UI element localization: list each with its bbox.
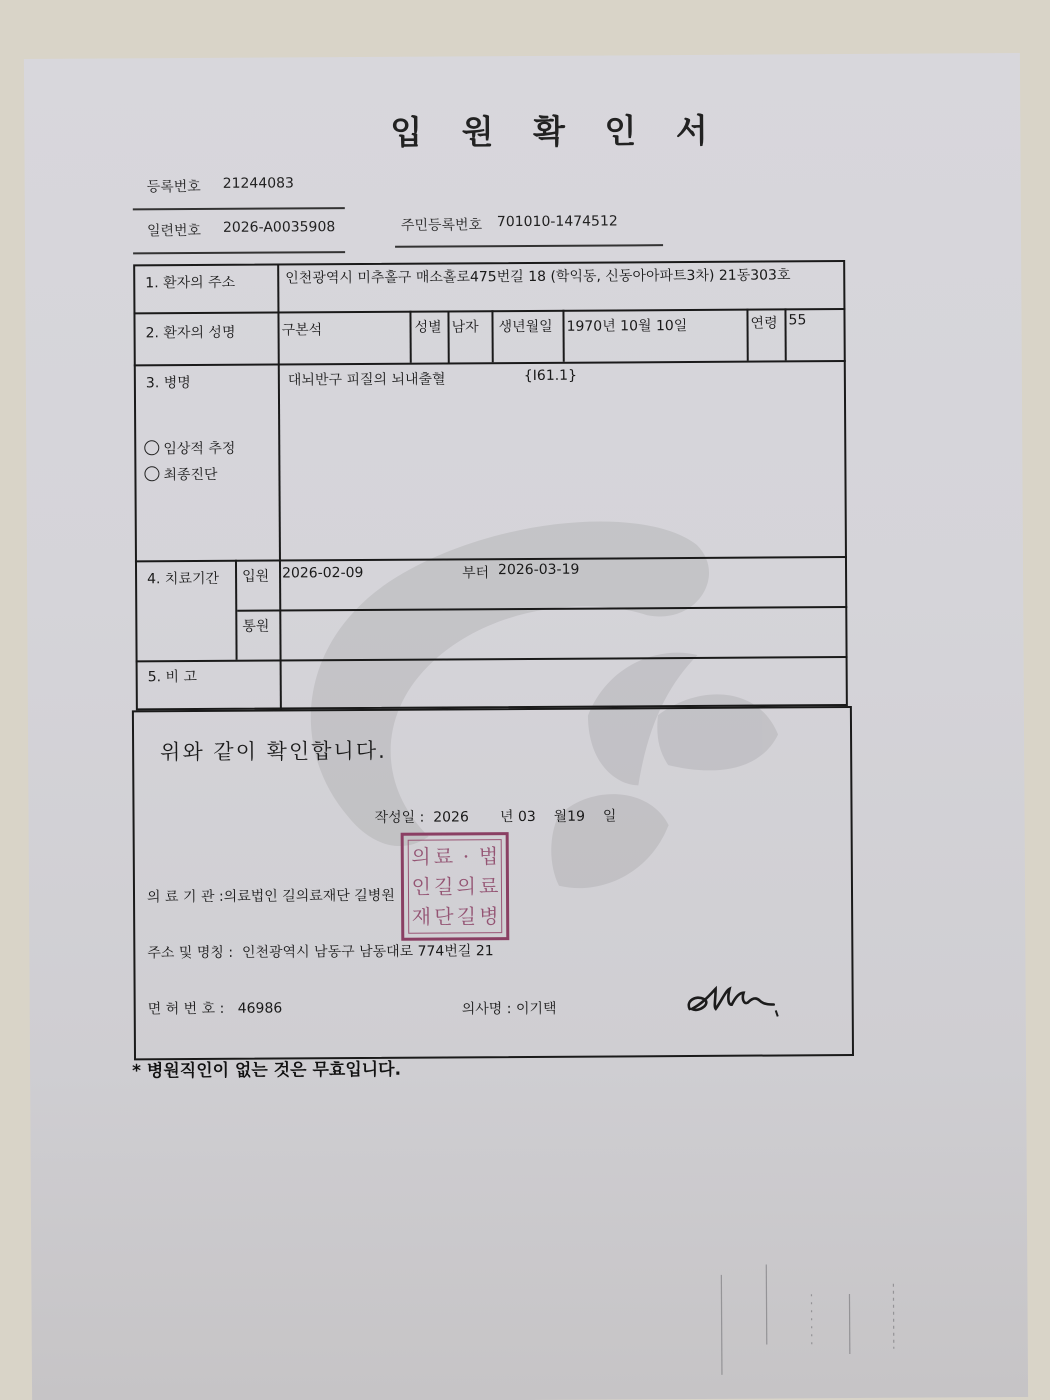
patient-name: 구본석 — [281, 319, 322, 339]
license-row: 면 허 번 호 : 46986 — [148, 997, 283, 1018]
confirmation-statement: 위와 같이 확인합니다. — [160, 735, 387, 766]
info-table — [133, 260, 848, 710]
license-label: 면 허 번 호 : — [148, 1001, 225, 1017]
document-page: 입 원 확 인 서 등록번호 21244083 일련번호 2026-A00359… — [24, 53, 1028, 1400]
stamp-character: 병 — [478, 901, 501, 931]
hospital-seal-stamp: 의료·법인길의료재단길병 — [401, 832, 510, 941]
outpatient-label: 통원 — [242, 616, 269, 636]
issue-date: 작성일 : 2026 년 03 월19 일 — [374, 805, 616, 826]
diagnosis-code: {I61.1} — [524, 368, 577, 384]
doctor-label: 의사명 : — [462, 1001, 512, 1017]
from-label: 부터 — [462, 562, 489, 582]
sex-label: 성별 — [414, 317, 441, 337]
doctor-row: 의사명 : 이기택 — [462, 998, 557, 1019]
validity-footnote: * 병원직인이 없는 것은 무효입니다. — [132, 1055, 401, 1082]
divider — [133, 207, 345, 210]
option-clinical-estimate[interactable]: 임상적 추정 — [144, 438, 235, 459]
document-title: 입 원 확 인 서 — [390, 105, 722, 154]
registration-no-value: 21244083 — [223, 175, 294, 191]
divider — [133, 251, 345, 254]
stamp-character: 길 — [455, 901, 478, 931]
dob-label: 생년월일 — [498, 316, 552, 336]
radio-unchecked-icon[interactable] — [144, 466, 159, 481]
option-label: 임상적 추정 — [163, 441, 235, 457]
stamp-character: 의 — [410, 842, 433, 872]
patient-name-label: 2. 환자의 성명 — [146, 322, 236, 343]
discharge-date: 2026-03-19 — [498, 562, 579, 578]
option-final-diagnosis[interactable]: 최종진단 — [144, 464, 217, 484]
option-label: 최종진단 — [163, 467, 217, 483]
address-row: 주소 및 명칭 : 인천광역시 남동구 남동대로 774번길 21 — [147, 940, 493, 962]
patient-sex: 남자 — [451, 316, 478, 336]
printer-streaks — [671, 1254, 932, 1386]
stamp-character: 재 — [410, 902, 433, 932]
doctor-signature-icon — [682, 974, 792, 1025]
registration-no-label: 등록번호 — [147, 176, 201, 196]
stamp-character: 단 — [433, 901, 456, 931]
admission-date: 2026-02-09 — [282, 565, 363, 581]
stamp-character: 법 — [477, 841, 500, 871]
stamp-character: 인 — [410, 872, 433, 902]
institution-row: 의 료 기 관 :의료법인 길의료재단 길병원 — [147, 885, 395, 907]
serial-no-label: 일련번호 — [147, 220, 201, 240]
resident-no-label: 주민등록번호 — [401, 214, 482, 234]
doctor-name: 이기택 — [516, 1001, 557, 1017]
stamp-character: 길 — [432, 871, 455, 901]
stamp-character: 료 — [477, 871, 500, 901]
remarks-label: 5. 비 고 — [148, 666, 197, 686]
hospital-address: 인천광역시 남동구 남동대로 774번길 21 — [242, 943, 494, 961]
age-label: 연령 — [750, 312, 777, 332]
serial-no-value: 2026-A0035908 — [223, 219, 335, 236]
divider — [395, 244, 663, 248]
resident-no-value: 701010-1474512 — [497, 213, 618, 230]
patient-dob: 1970년 10월 10일 — [566, 315, 687, 336]
inpatient-label: 입원 — [242, 566, 269, 586]
stamp-character: 의 — [455, 871, 478, 901]
address-label: 1. 환자의 주소 — [145, 272, 235, 293]
diagnosis-name: 대뇌반구 피질의 뇌내출혈 — [288, 368, 446, 389]
institution-label: 의 료 기 관 : — [147, 889, 224, 905]
stamp-character: · — [455, 841, 478, 871]
stamp-character: 료 — [432, 841, 455, 871]
hospital-address-label: 주소 및 명칭 : — [147, 945, 233, 962]
license-number: 46986 — [238, 1000, 283, 1016]
treatment-period-label: 4. 치료기간 — [147, 568, 219, 588]
radio-unchecked-icon[interactable] — [144, 440, 159, 455]
patient-address: 인천광역시 미추홀구 매소홀로475번길 18 (학익동, 신동아아파트3차) … — [285, 264, 790, 287]
diagnosis-label: 3. 병명 — [146, 372, 191, 392]
patient-age: 55 — [788, 312, 806, 328]
institution-name: 의료법인 길의료재단 길병원 — [224, 888, 395, 905]
